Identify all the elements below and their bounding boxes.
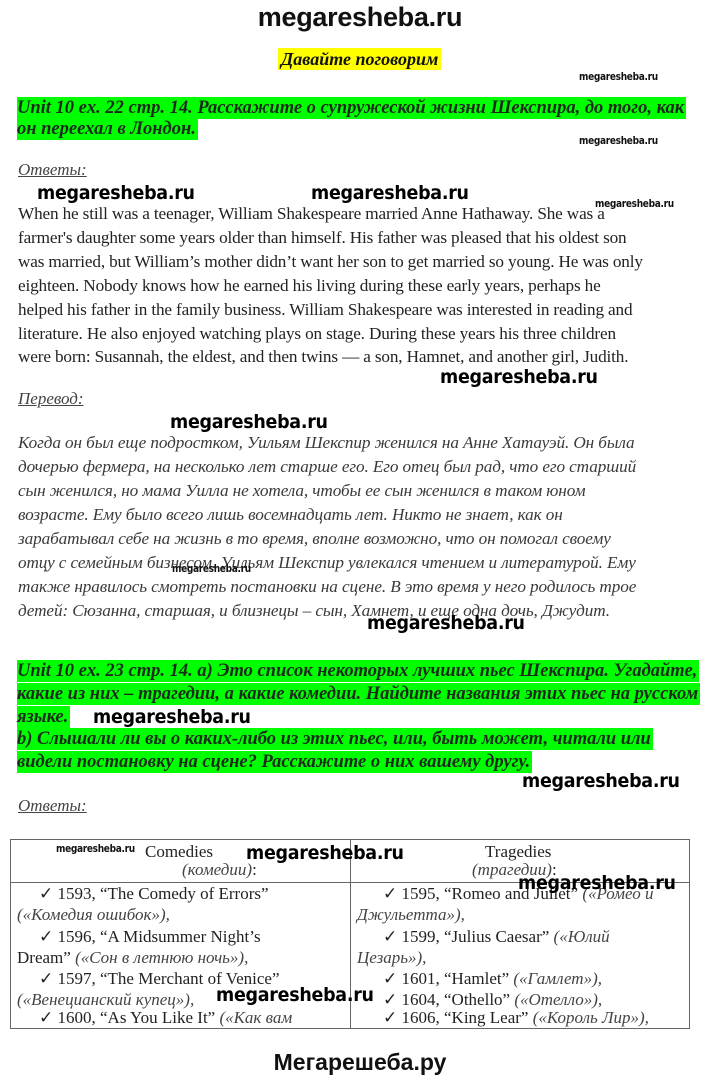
tragedy-item: ✓ 1601, “Hamlet” («Гамлет»), bbox=[383, 969, 602, 989]
answer-line: was married, but William’s mother didn’t… bbox=[18, 252, 643, 272]
tragedy-item-cont: Джульетта»), bbox=[357, 905, 465, 925]
check-icon: ✓ bbox=[383, 927, 397, 946]
tragedy-title-en: “Julius Caesar” bbox=[444, 927, 549, 946]
tragedy-item: ✓ 1606, “King Lear” («Король Лир»), bbox=[383, 1008, 649, 1028]
check-icon: ✓ bbox=[39, 927, 53, 946]
comedy-year: 1593 bbox=[58, 884, 92, 903]
check-icon: ✓ bbox=[39, 1008, 53, 1027]
exercise23-task-line: языке. bbox=[17, 706, 70, 728]
translation-line: зарабатывал себе на жизнь в то время, вп… bbox=[18, 529, 611, 549]
watermark: megaresheba.ru bbox=[246, 842, 404, 864]
watermark: megaresheba.ru bbox=[93, 706, 251, 728]
comedy-item-ru: («Комедия ошибок»), bbox=[17, 905, 170, 925]
answer-line: were born: Susannah, the eldest, and the… bbox=[18, 347, 628, 367]
tragedy-title-ru: («Отелло»), bbox=[514, 990, 602, 1009]
site-title: megaresheba.ru bbox=[0, 2, 720, 33]
watermark: megaresheba.ru bbox=[440, 366, 598, 388]
comedy-item: ✓ 1593, “The Comedy of Errors” bbox=[39, 884, 269, 904]
comedy-title-en: “The Comedy of Errors” bbox=[100, 884, 269, 903]
tragedy-title-ru-cont: Джульетта»), bbox=[357, 905, 465, 924]
answers-label: Ответы: bbox=[18, 796, 87, 816]
translation-line: дочерью фермера, на несколько лет старше… bbox=[18, 457, 636, 477]
tragedy-title-en: “Hamlet” bbox=[444, 969, 509, 988]
tragedy-year: 1595 bbox=[402, 884, 436, 903]
comedy-title-en-cont: Dream” bbox=[17, 948, 71, 967]
translation-label: Перевод: bbox=[18, 389, 84, 409]
comedy-item: ✓ 1596, “A Midsummer Night’s bbox=[39, 927, 261, 947]
translation-line: возрасте. Ему было всего лишь восемнадца… bbox=[18, 505, 563, 525]
check-icon: ✓ bbox=[383, 969, 397, 988]
comedy-title-en: “As You Like It” bbox=[100, 1008, 215, 1027]
watermark: megaresheba.ru bbox=[172, 562, 251, 575]
answers-label: Ответы: bbox=[18, 160, 87, 180]
section-title: Давайте поговорим bbox=[278, 48, 441, 70]
tragedy-year: 1604 bbox=[402, 990, 436, 1009]
comedy-item-ru: («Венецианский купец»), bbox=[17, 990, 194, 1010]
exercise23-task-line: какие из них – трагедии, а какие комедии… bbox=[17, 683, 700, 705]
comedy-year: 1597 bbox=[58, 969, 92, 988]
tragedies-header: Tragedies bbox=[485, 842, 551, 862]
tragedy-title-en: “Othello” bbox=[444, 990, 510, 1009]
watermark: megaresheba.ru bbox=[367, 612, 525, 634]
comedy-item: ✓ 1600, “As You Like It” («Как вам bbox=[39, 1008, 292, 1028]
check-icon: ✓ bbox=[39, 884, 53, 903]
check-icon: ✓ bbox=[39, 969, 53, 988]
comedies-header: Comedies bbox=[145, 842, 213, 862]
watermark: megaresheba.ru bbox=[595, 197, 674, 210]
footer-brand: Мегарешеба.ру bbox=[0, 1049, 720, 1076]
tragedy-title-ru: («Король Лир»), bbox=[533, 1008, 649, 1027]
comedy-title-ru: («Комедия ошибок»), bbox=[17, 905, 170, 924]
exercise23-task-line: b) Слышали ли вы о каких-либо из этих пь… bbox=[17, 728, 653, 750]
comedy-title-ru: («Сон в летнюю ночь»), bbox=[75, 948, 248, 967]
exercise22-task-line: Unit 10 ex. 22 стр. 14. Расскажите о суп… bbox=[17, 97, 686, 119]
comedy-item-cont: Dream” («Сон в летнюю ночь»), bbox=[17, 948, 248, 968]
tragedy-year: 1606 bbox=[402, 1008, 436, 1027]
answer-line: eighteen. Nobody knows how he earned his… bbox=[18, 276, 601, 296]
tragedy-title-ru: («Гамлет»), bbox=[513, 969, 602, 988]
translation-line: Когда он был еще подростком, Уильям Шекс… bbox=[18, 433, 634, 453]
exercise22-task-line: он переехал в Лондон. bbox=[17, 118, 198, 140]
tragedy-item-cont: Цезарь»), bbox=[357, 948, 426, 968]
comedy-year: 1600 bbox=[58, 1008, 92, 1027]
tragedy-title-ru-cont: Цезарь»), bbox=[357, 948, 426, 967]
comedy-title-ru: («Венецианский купец»), bbox=[17, 990, 194, 1009]
comedy-title-ru: («Как вам bbox=[219, 1008, 292, 1027]
watermark: megaresheba.ru bbox=[579, 70, 658, 83]
comedy-title-en: “A Midsummer Night’s bbox=[100, 927, 261, 946]
watermark: megaresheba.ru bbox=[579, 134, 658, 147]
tragedy-title-ru: («Юлий bbox=[554, 927, 610, 946]
check-icon: ✓ bbox=[383, 1008, 397, 1027]
comedy-year: 1596 bbox=[58, 927, 92, 946]
translation-line: сын женился, но мама Уилла не хотела, чт… bbox=[18, 481, 585, 501]
watermark: megaresheba.ru bbox=[311, 182, 469, 204]
watermark: megaresheba.ru bbox=[170, 411, 328, 433]
tragedy-title-en: “King Lear” bbox=[444, 1008, 528, 1027]
answer-line: helped his father in the family business… bbox=[18, 300, 632, 320]
tragedy-item: ✓ 1599, “Julius Caesar” («Юлий bbox=[383, 927, 610, 947]
comedies-header-ru-text: (комедии) bbox=[182, 860, 252, 879]
tragedy-item: ✓ 1604, “Othello” («Отелло»), bbox=[383, 990, 602, 1010]
tragedy-year: 1599 bbox=[402, 927, 436, 946]
watermark: megaresheba.ru bbox=[37, 182, 195, 204]
check-icon: ✓ bbox=[383, 990, 397, 1009]
answer-line: farmer's daughter some years older than … bbox=[18, 228, 627, 248]
watermark: megaresheba.ru bbox=[216, 984, 374, 1006]
answer-line: When he still was a teenager, William Sh… bbox=[18, 204, 605, 224]
watermark: megaresheba.ru bbox=[522, 770, 680, 792]
watermark: megaresheba.ru bbox=[518, 872, 676, 894]
translation-line: отцу с семейным бизнесом. Уильям Шекспир… bbox=[18, 553, 636, 573]
watermark: megaresheba.ru bbox=[56, 842, 135, 855]
exercise23-task-line: Unit 10 ex. 23 стр. 14. a) Это список не… bbox=[17, 660, 699, 682]
check-icon: ✓ bbox=[383, 884, 397, 903]
exercise23-task-line: видели постановку на сцене? Расскажите о… bbox=[17, 751, 532, 773]
answer-line: literature. He also enjoyed watching pla… bbox=[18, 324, 616, 344]
translation-line: также нравилось смотреть постановки на с… bbox=[18, 577, 636, 597]
tragedy-year: 1601 bbox=[402, 969, 436, 988]
